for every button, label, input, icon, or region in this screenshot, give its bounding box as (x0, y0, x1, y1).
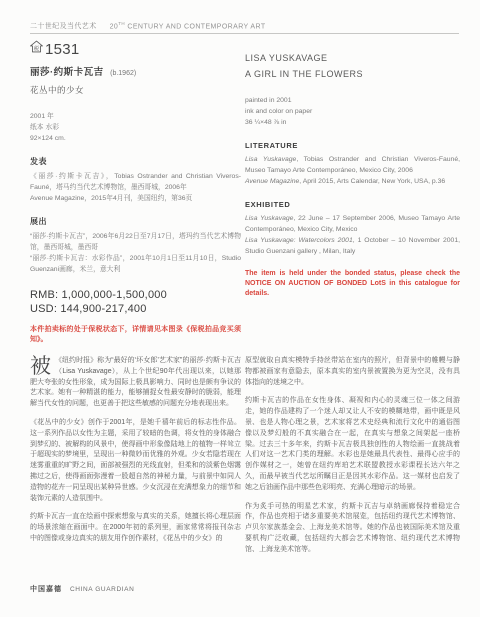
exhibited-entry: “丽莎·约斯卡瓦吉：水彩作品”，2001年10月1日至11月10日，Studio… (30, 253, 241, 275)
exhibited-body-cn: “丽莎·约斯卡瓦吉”，2006年6月22日至7月17日，塔玛约当代艺术博物馆，墨… (30, 231, 241, 275)
literature-body: Lisa Yuskavage, Tobias Ostrander and Chr… (245, 154, 460, 187)
essay-paragraph: 作为炙手可热的明星艺术家，约斯卡瓦吉与卓纳画廊保持着稳定合作，作品也亮相于诸多重… (245, 502, 460, 556)
literature-detail: , April 2015, Arts Calendar, New York, U… (299, 178, 445, 185)
page-footer: 中国嘉德 CHINA GUARDIAN (30, 584, 134, 594)
essay-paragraph: 约斯卡瓦吉的作品在女性身体、凝视和内心的灵魂三位一体之间游走，她的作品建构了一个… (245, 396, 460, 493)
exhibited-body-en: Lisa Yuskavage, 22 June – 17 September 2… (245, 213, 460, 257)
published-body-cn: 《丽莎·约斯卡瓦吉》，Tobias Ostrander and Christia… (30, 171, 241, 204)
essay-paragraph: 《花丛中的少女》创作于2001年，是她千禧年前后的标志性作品。这一系列作品以女性… (30, 418, 241, 504)
brand-name-en: CHINA GUARDIAN (70, 586, 134, 593)
literature-title: Lisa Yuskavage (245, 156, 296, 163)
medium-block-en: painted in 2001 ink and color on paper 3… (245, 95, 460, 128)
estimate-block: RMB: 1,000,000-1,500,000 USD: 144,900-21… (30, 288, 241, 316)
exhibited-entry-en: Lisa Yuskavage: Watercolors 2001, 1 Octo… (245, 235, 460, 257)
essay-column-right: 原型就取自真实模特手持丝带站在室内的照片，但背景中的帷幔与静物都被画家有意隐去，… (245, 356, 460, 564)
bonded-notice-cn: 本件拍卖标的处于保税状态下，详情请见本图录《保税拍品竞买须知》。 (30, 325, 241, 345)
essay-paragraph: 被《纽约时报》称为“最好的‘坏女郎’艺术家”的丽莎·约斯卡瓦吉（Lisa Yus… (30, 356, 241, 410)
exhibition-title: Lisa Yuskavage: Watercolors 2001 (245, 237, 353, 244)
lot-info-column-en: LISA YUSKAVAGE A GIRL IN THE FLOWERS pai… (245, 53, 460, 299)
catalogue-page: 二十世纪及当代艺术 20TH CENTURY AND CONTEMPORARY … (0, 0, 480, 617)
artist-name-cn: 丽莎·约斯卡瓦吉 (30, 67, 104, 78)
estimate-usd: USD: 144,900-217,400 (30, 302, 241, 316)
section-title-en-sup: TH (118, 21, 125, 26)
literature-heading: LITERATURE (245, 141, 460, 150)
published-entry: 《丽莎·约斯卡瓦吉》，Tobias Ostrander and Christia… (30, 171, 241, 193)
essay-paragraph: 原型就取自真实模特手持丝带站在室内的照片，但背景中的帷幔与静物都被画家有意隐去，… (245, 356, 460, 388)
essay-column-left: 被《纽约时报》称为“最好的‘坏女郎’艺术家”的丽莎·约斯卡瓦吉（Lisa Yus… (30, 356, 241, 553)
essay-dropcap: 被 (30, 357, 51, 376)
brand-name-cn: 中国嘉德 (30, 584, 62, 594)
exhibited-heading-en: EXHIBITED (245, 200, 460, 209)
artist-birth-year: (b.1962) (110, 70, 136, 77)
bonded-house-icon: 税 (30, 40, 43, 58)
published-heading-cn: 发表 (30, 156, 241, 167)
medium-line-size: 92×124 cm. (30, 133, 241, 144)
artwork-title-cn: 花丛中的少女 (30, 84, 241, 96)
artist-name-en: LISA YUSKAVAGE (245, 53, 460, 63)
literature-title: Avenue Magazine (245, 178, 299, 185)
medium-block-cn: 2001 年 纸本 水彩 92×124 cm. (30, 111, 241, 144)
lot-number-row: 税 1531 (30, 40, 241, 58)
exhibited-entry-en: Lisa Yuskavage, 22 June – 17 September 2… (245, 213, 460, 235)
published-entry: Avenue Magazine，2015年4月刊，美国纽约，第36页 (30, 193, 241, 204)
bonded-notice-en: The item is held under the bonded status… (245, 269, 460, 299)
essay-paragraph: 约斯卡瓦吉一直在绘画中探索想象与真实的关系，她擅长将心理层面的场景浓缩在画面中。… (30, 512, 241, 544)
exhibition-title: Lisa Yuskavage (245, 215, 293, 222)
estimate-rmb: RMB: 1,000,000-1,500,000 (30, 288, 241, 302)
medium-line-year: 2001 年 (30, 111, 241, 122)
medium-line-dimensions: 36 ¼×48 ⅞ in (245, 117, 460, 128)
section-title-en: 20TH CENTURY AND CONTEMPORARY ART (110, 21, 266, 30)
medium-line-painted: painted in 2001 (245, 95, 460, 106)
header-divider (30, 33, 459, 34)
exhibited-entry: “丽莎·约斯卡瓦吉”，2006年6月22日至7月17日，塔玛约当代艺术博物馆，墨… (30, 231, 241, 253)
section-title-en-rest: CENTURY AND CONTEMPORARY ART (125, 23, 265, 30)
artist-row: 丽莎·约斯卡瓦吉 (b.1962) (30, 62, 241, 80)
page-header: 二十世纪及当代艺术 20TH CENTURY AND CONTEMPORARY … (30, 21, 459, 31)
medium-line-material: 纸本 水彩 (30, 122, 241, 133)
section-title-cn: 二十世纪及当代艺术 (30, 21, 97, 31)
lot-number: 1531 (45, 41, 80, 58)
section-title-en-num: 20 (110, 23, 119, 30)
artwork-title-en: A GIRL IN THE FLOWERS (245, 69, 460, 79)
exhibited-heading-cn: 展出 (30, 216, 241, 227)
literature-entry: Avenue Magazine, April 2015, Arts Calend… (245, 176, 460, 187)
lot-info-column: 税 1531 丽莎·约斯卡瓦吉 (b.1962) 花丛中的少女 2001 年 纸… (30, 40, 241, 345)
literature-entry: Lisa Yuskavage, Tobias Ostrander and Chr… (245, 154, 460, 176)
bonded-icon-char: 税 (34, 44, 40, 52)
essay-text: 《纽约时报》称为“最好的‘坏女郎’艺术家”的丽莎·约斯卡瓦吉（Lisa Yusk… (30, 357, 241, 407)
medium-line-media: ink and color on paper (245, 106, 460, 117)
